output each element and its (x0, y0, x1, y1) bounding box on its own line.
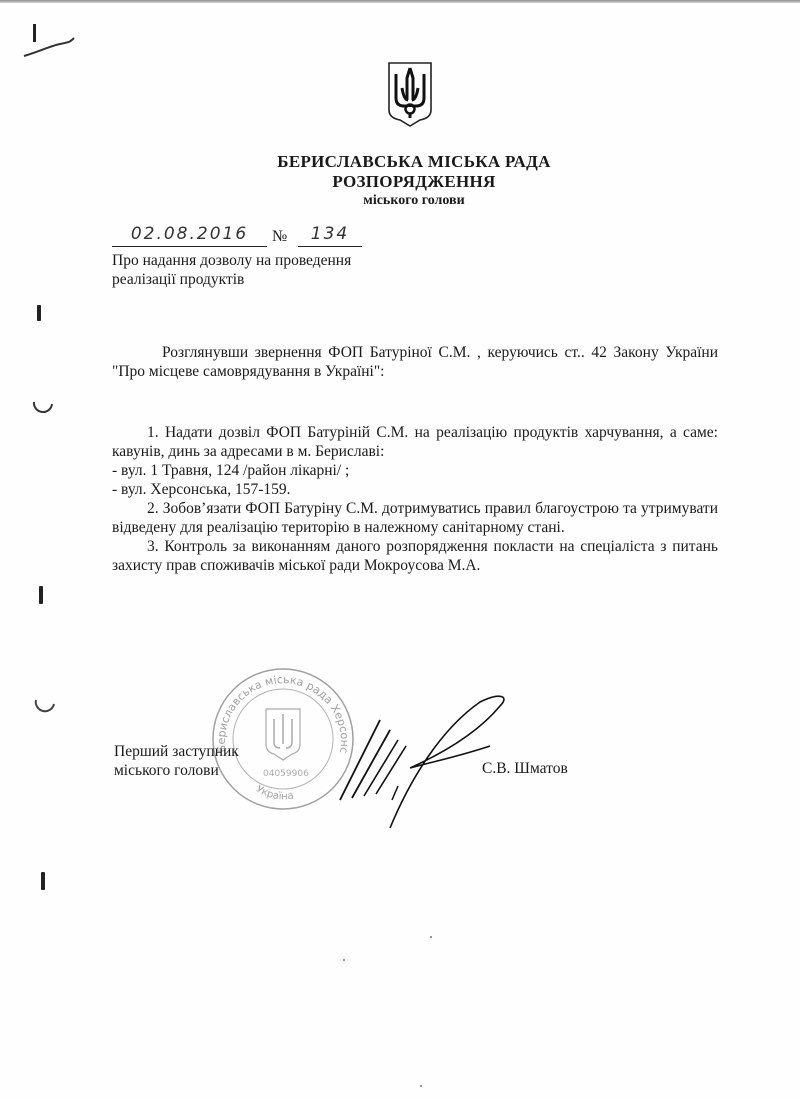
scan-speck (343, 959, 345, 961)
council-name: БЕРИСЛАВСЬКА МІСЬКА РАДА (0, 152, 800, 172)
address-1: - вул. 1 Травня, 124 /район лікарні/ ; (112, 461, 718, 480)
scan-speck (420, 1085, 422, 1087)
document-page: БЕРИСЛАВСЬКА МІСЬКА РАДА РОЗПОРЯДЖЕННЯ м… (0, 0, 800, 1101)
order-item-3: 3. Контроль за виконанням даного розпоря… (112, 537, 718, 575)
order-item-2: 2. Зобов’язати ФОП Батуріну С.М. дотриму… (112, 499, 718, 537)
document-number: 134 (298, 224, 362, 247)
address-2: - вул. Херсонська, 157-159. (112, 480, 718, 499)
scan-edge (0, 0, 800, 3)
subject-line-1: Про надання дозволу на проведення (112, 251, 351, 270)
punch-hole-icon (30, 390, 56, 416)
order-item-1: 1. Надати дозвіл ФОП Батурінiй С.М. на р… (112, 423, 718, 461)
ukraine-coat-of-arms-icon (386, 60, 434, 128)
document-date: 02.08.2016 (112, 224, 267, 247)
svg-text:04059906: 04059906 (263, 769, 309, 779)
position-line-1: Перший заступник (114, 742, 239, 761)
punch-mark (37, 305, 41, 321)
document-type: РОЗПОРЯДЖЕННЯ (0, 172, 800, 192)
document-subject: Про надання дозволу на проведення реаліз… (112, 251, 351, 289)
subject-line-2: реалізації продуктів (112, 270, 351, 289)
signatory-name: С.В. Шматов (482, 760, 568, 778)
punch-mark (39, 586, 43, 604)
signatory-position: Перший заступник міського голови (114, 742, 239, 780)
pen-scribble-mark (20, 22, 80, 62)
order-items: 1. Надати дозвіл ФОП Батурінiй С.М. на р… (112, 423, 718, 575)
position-line-2: міського голови (114, 761, 239, 780)
document-issuer: міського голови (0, 193, 800, 209)
number-label: № (272, 228, 287, 246)
punch-mark (41, 872, 45, 890)
svg-text:Україна: Україна (254, 784, 294, 803)
intro-paragraph: Розглянувши звернення ФОП Батуріної С.М.… (112, 343, 718, 381)
punch-hole-icon (32, 690, 58, 716)
scan-speck (430, 936, 432, 938)
